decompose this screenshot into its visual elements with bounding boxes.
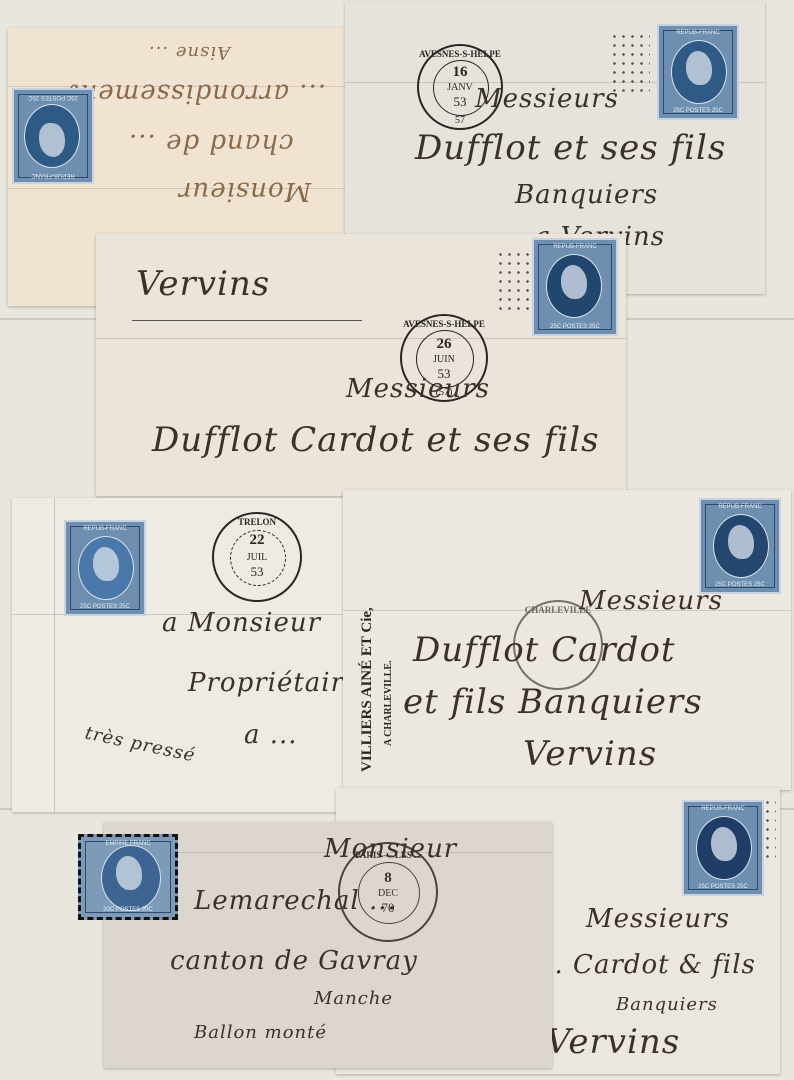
handwriting: Manche xyxy=(314,988,393,1009)
handwriting: Dufflot Cardot xyxy=(413,630,676,670)
handwriting: Messieurs xyxy=(586,904,730,934)
handwriting: Aisne ... xyxy=(148,42,230,63)
postmark: TRELON 22 JUIL 53 xyxy=(212,512,302,602)
handwriting: Banquiers xyxy=(616,994,718,1015)
handwriting: Messieurs xyxy=(346,374,490,404)
cover-3: Vervins AVESNES-S-HELPE 26 JUIN 53 (57) … xyxy=(96,234,626,496)
handwriting: Messieurs xyxy=(579,586,723,616)
handwriting: Lemarechal ... xyxy=(194,886,397,916)
handwriting: chand de ... xyxy=(128,128,294,158)
stamp: REPUB-FRANC 25C POSTES 25C xyxy=(532,238,618,336)
handwriting: Propriétaire xyxy=(188,668,348,698)
handwriting: Messieurs xyxy=(475,84,619,114)
cover-4: REPUB-FRANC 25C POSTES 25C TRELON 22 JUI… xyxy=(12,498,348,812)
stamp-perforated: EMPIRE FRANC 20C POSTES 20C xyxy=(78,834,178,920)
underline xyxy=(132,320,362,321)
handwriting: Monsieur xyxy=(178,176,311,206)
handwriting: et fils Banquiers xyxy=(403,682,703,722)
stamp: REPUB-FRANC 25C POSTES 25C xyxy=(682,800,764,896)
handwriting: ... arrondissement xyxy=(68,78,326,108)
printed-firm-town: A CHARLEVILLE. xyxy=(383,660,394,746)
handwriting: Vervins xyxy=(523,734,657,774)
handwriting: Vervins xyxy=(136,264,270,304)
handwriting: a ... xyxy=(244,720,298,750)
handwriting: Dufflot et ses fils xyxy=(415,128,726,168)
stamp: REPUB-FRANC 25C POSTES 25C xyxy=(699,498,781,594)
cover-5: VILLIERS AINÉ ET Cie, A CHARLEVILLE. CHA… xyxy=(343,490,791,790)
printed-firm-name: VILLIERS AINÉ ET Cie, xyxy=(359,607,376,772)
handwriting: a Monsieur xyxy=(162,608,321,638)
stamp: REPUB-FRANC 25C POSTES 25C xyxy=(64,520,146,616)
handwriting: Banquiers xyxy=(515,180,658,210)
handwriting: ... Cardot & fils xyxy=(536,950,756,980)
handwriting: Monsieur xyxy=(324,834,457,864)
handwriting: canton de Gavray xyxy=(170,946,418,976)
handwriting: très pressé xyxy=(83,723,197,767)
stamp: REPUB-FRANC 25C POSTES 25C xyxy=(12,88,94,184)
stamp: REPUB-FRANC 25C POSTES 25C xyxy=(657,24,739,120)
handwriting: Ballon monté xyxy=(194,1022,327,1043)
handwriting: Dufflot Cardot et ses fils xyxy=(152,420,600,460)
handwriting: Vervins xyxy=(546,1022,680,1062)
